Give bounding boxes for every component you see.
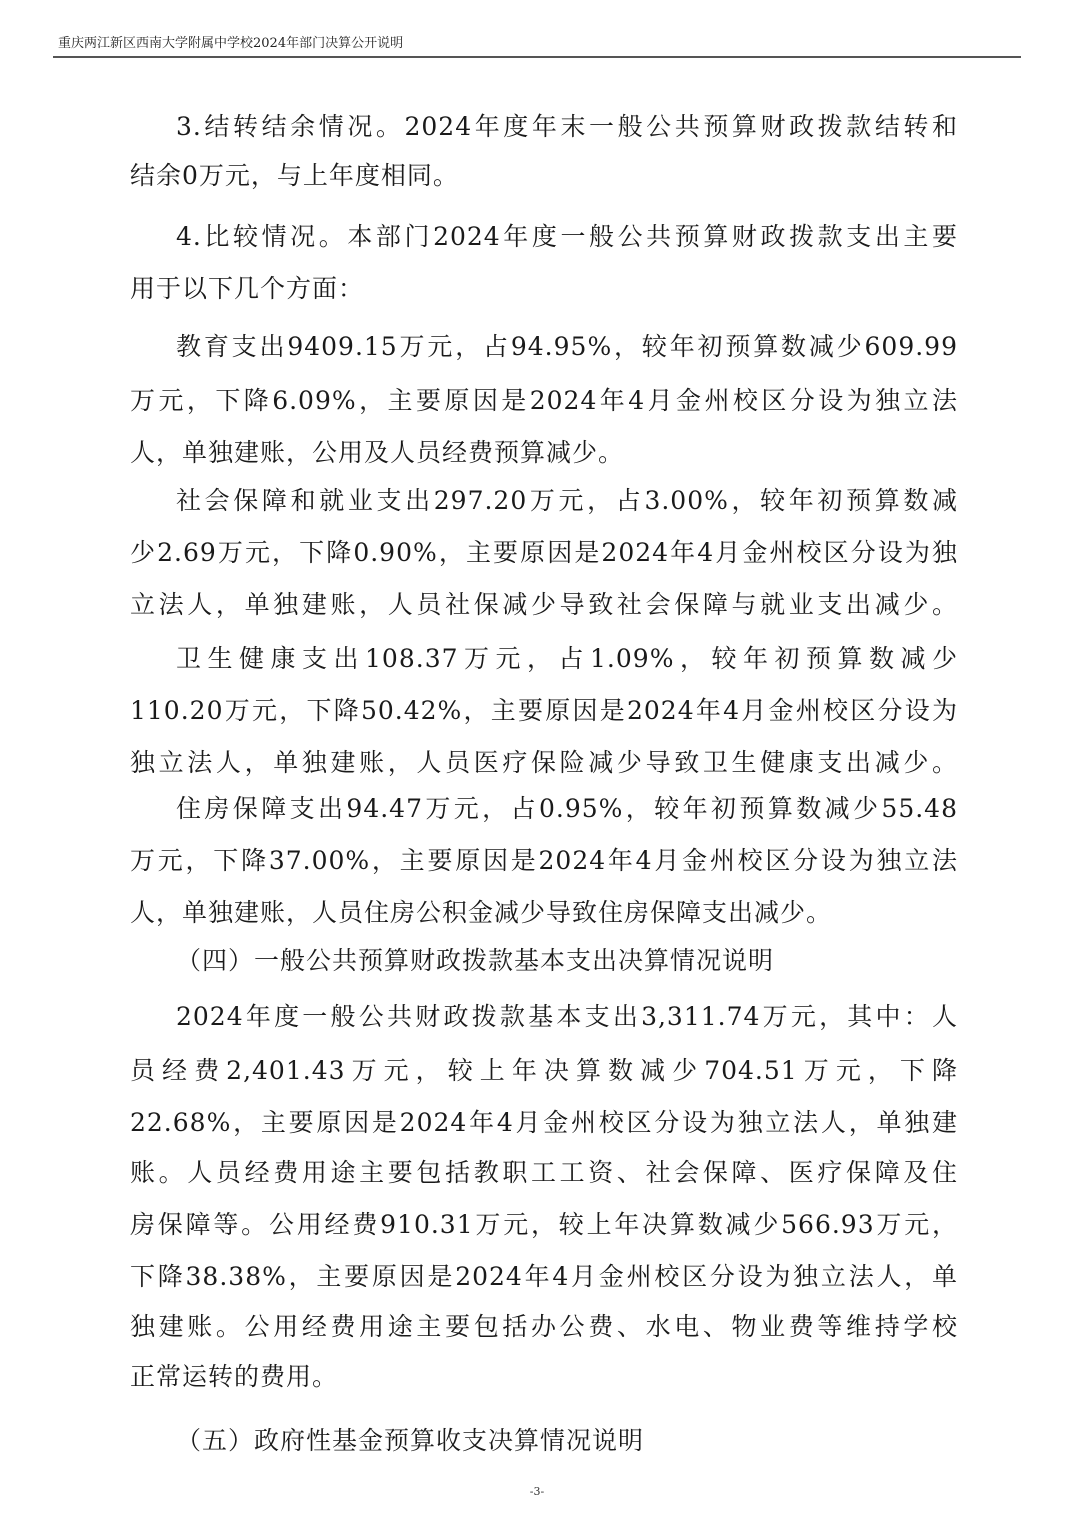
paragraph-line: 房保障等。公用经费910.31万元，较上年决算数减少566.93万元，	[130, 1210, 958, 1240]
paragraph-line: 结余0万元，与上年度相同。	[130, 161, 459, 191]
page-header: 重庆两江新区西南大学附属中学校2024年部门决算公开说明	[53, 28, 1021, 58]
paragraph-line: 万元，下降6.09%，主要原因是2024年4月金州校区分设为独立法	[130, 386, 958, 416]
paragraph-line: 卫生健康支出108.37万元，占1.09%，较年初预算数减少	[176, 644, 958, 674]
paragraph-line: 独立法人，单独建账，人员医疗保险减少导致卫生健康支出减少。	[130, 748, 958, 778]
paragraph-line: 22.68%，主要原因是2024年4月金州校区分设为独立法人，单独建	[130, 1108, 958, 1138]
paragraph-line: 人，单独建账，人员住房公积金减少导致住房保障支出减少。	[130, 898, 832, 928]
paragraph-line: 110.20万元，下降50.42%，主要原因是2024年4月金州校区分设为	[130, 696, 958, 726]
paragraph-line: 人，单独建账，公用及人员经费预算减少。	[130, 438, 624, 468]
section-heading: （五）政府性基金预算收支决算情况说明	[176, 1426, 644, 1456]
paragraph-line: 立法人，单独建账，人员社保减少导致社会保障与就业支出减少。	[130, 590, 958, 620]
paragraph-line: 教育支出9409.15万元，占94.95%，较年初预算数减少609.99	[176, 332, 958, 362]
document-title: 重庆两江新区西南大学附属中学校2024年部门决算公开说明	[58, 32, 403, 51]
paragraph-line: 员经费2,401.43万元，较上年决算数减少704.51万元，下降	[130, 1056, 958, 1086]
paragraph-line: 用于以下几个方面：	[130, 274, 364, 304]
paragraph-line: 万元，下降37.00%，主要原因是2024年4月金州校区分设为独立法	[130, 846, 958, 876]
paragraph-line: 下降38.38%，主要原因是2024年4月金州校区分设为独立法人，单	[130, 1262, 958, 1292]
paragraph-line: 2024年度一般公共财政拨款基本支出3,311.74万元，其中：人	[176, 1002, 958, 1032]
page-number: -3-	[0, 1485, 1074, 1498]
paragraph-line: 独建账。公用经费用途主要包括办公费、水电、物业费等维持学校	[130, 1312, 958, 1342]
section-heading: （四）一般公共预算财政拨款基本支出决算情况说明	[176, 946, 774, 976]
paragraph-line: 正常运转的费用。	[130, 1362, 338, 1392]
paragraph-line: 3.结转结余情况。2024年度年末一般公共预算财政拨款结转和	[176, 112, 958, 142]
paragraph-line: 账。人员经费用途主要包括教职工工资、社会保障、医疗保障及住	[130, 1158, 958, 1188]
paragraph-line: 4.比较情况。本部门2024年度一般公共预算财政拨款支出主要	[176, 222, 958, 252]
paragraph-line: 少2.69万元，下降0.90%，主要原因是2024年4月金州校区分设为独	[130, 538, 958, 568]
paragraph-line: 社会保障和就业支出297.20万元，占3.00%，较年初预算数减	[176, 486, 958, 516]
paragraph-line: 住房保障支出94.47万元，占0.95%，较年初预算数减少55.48	[176, 794, 958, 824]
